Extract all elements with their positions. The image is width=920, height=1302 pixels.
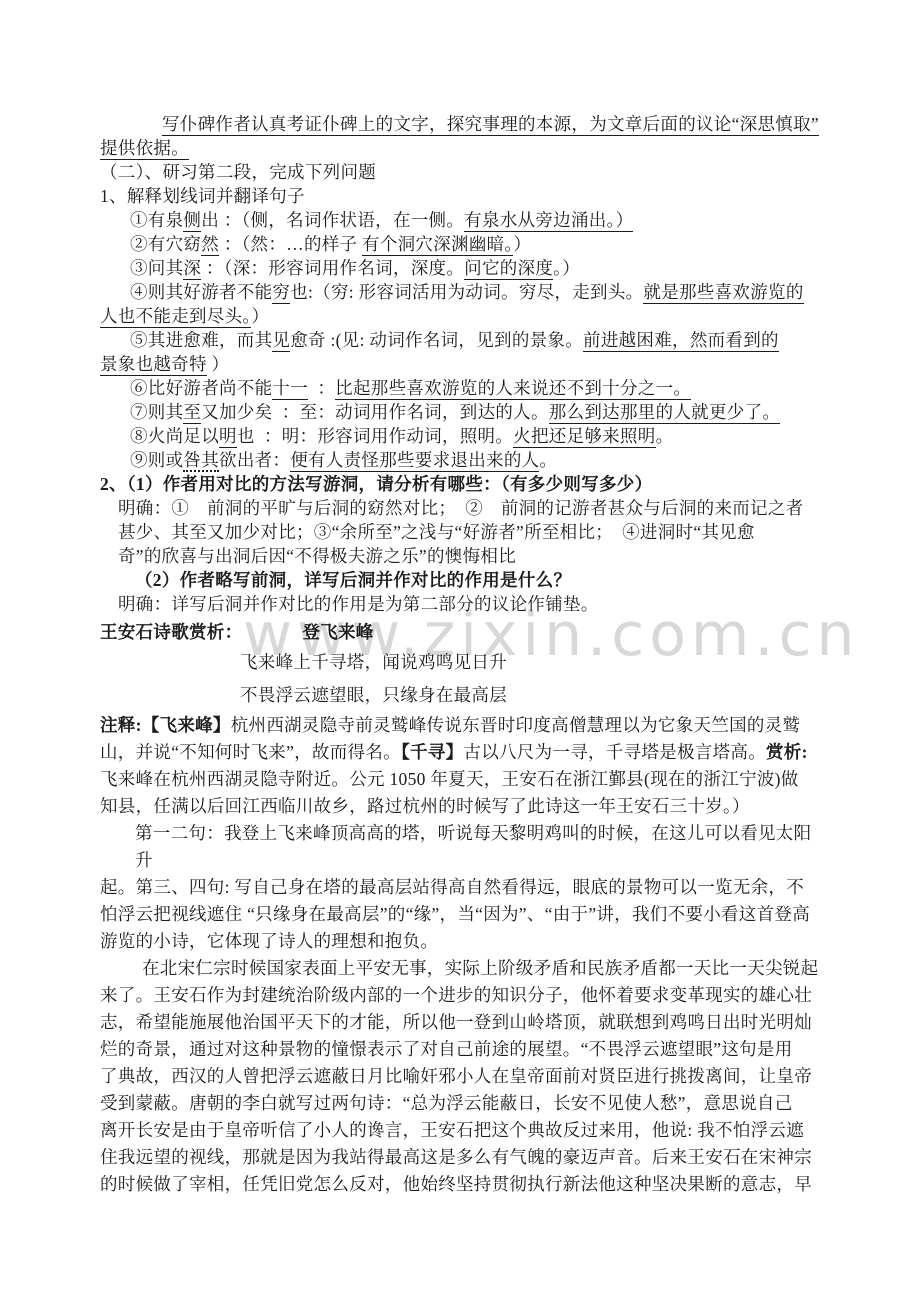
text-line: ⑦则其至又加少矣 ：至：动词用作名词，到达的人。那么到达那里的人就更少了。	[130, 400, 826, 424]
text-segment: 问它的深度	[464, 258, 553, 280]
text-segment: 山，并说“不知何时飞来”，故而得名。	[100, 742, 401, 762]
text-segment: 古以八尺为一寻，千寻塔是极言塔高。	[463, 742, 766, 762]
text-line: ④则其好游者不能穷也:（穷: 形容词活用为动词。穷尽，走到头。就是那些喜欢游览的	[130, 280, 826, 304]
text-line: 第一二句：我登上飞来峰顶高高的塔，听说每天黎明鸡叫的时候，在这儿可以看见太阳升	[135, 820, 826, 874]
text-segment: 2、（1）作者用对比的方法写游洞，请分析有哪些：（有多少则写多少）	[100, 474, 652, 494]
text-line: ⑨则或咎其欲出者：便有人责怪那些要求退出来的人。	[130, 448, 826, 472]
text-segment: 然	[201, 234, 219, 256]
text-line: 奇”的欣喜与出洞后因“不得极夫游之乐”的懊悔相比	[118, 544, 826, 568]
text-line: 飞来峰上千寻塔，闻说鸡鸣见日升	[240, 646, 826, 679]
text-segment: 游览的小诗，它体现了诗人的理想和抱负。	[100, 931, 438, 951]
text-line: ③问其深 ：（深：形容词用作名词，深度。问它的深度。）	[130, 256, 826, 280]
text-segment: ③问其	[130, 258, 183, 278]
text-line: 游览的小诗，它体现了诗人的理想和抱负。	[100, 928, 826, 955]
text-segment: 离开长安是由于皇帝听信了小人的谗言，王安石把这个典故反过来用，他说: 我不怕浮云…	[100, 1120, 804, 1140]
text-line: ①有泉侧出 ：（侧，名词作状语，在一侧。有泉水从旁边涌出。）	[130, 208, 826, 232]
text-line: 来了。王安石作为封建统治阶级内部的一个进步的知识分子，他怀着要求变革现实的雄心壮	[100, 982, 826, 1009]
text-segment: 那么到达那里的人就更少了。	[549, 402, 780, 424]
text-segment: 在北宋仁宗时候国家表面上平安无事，实际上阶级矛盾和民族矛盾都一天比一天尖锐起	[142, 958, 818, 978]
text-segment: 有个洞穴深渊幽暗。	[362, 234, 513, 256]
text-segment: ⑨则或	[130, 450, 183, 470]
text-line: 起。第三、四句: 写自己身在塔的最高层站得高自然看得远，眼底的景物可以一览无余，…	[100, 874, 826, 901]
text-segment: 来了。王安石作为封建统治阶级内部的一个进步的知识分子，他怀着要求变革现实的雄心壮	[100, 985, 812, 1005]
text-segment: 甚少、其至又加少对比；③“余所至”之浅与“好游者”所至相比； ④进洞时“其见愈	[118, 522, 755, 542]
text-line: 甚少、其至又加少对比；③“余所至”之浅与“好游者”所至相比； ④进洞时“其见愈	[118, 520, 826, 544]
text-segment: 受到蒙蔽。唐朝的李白就写过两句诗：“总为浮云能蔽日，长安不见使人愁”，意思说自己	[100, 1093, 793, 1113]
text-segment: ⑤其进愈难，而其	[130, 330, 272, 350]
text-segment: 杭州西湖灵隐寺前灵鹫峰传说东晋时印度高僧慧理以为它象天竺国的灵鹫	[231, 715, 801, 735]
text-segment: 飞来峰上千寻塔，闻说鸡鸣见日升	[240, 652, 507, 672]
text-line: 了典故，西汉的人曾把浮云遮蔽日月比喻奸邪小人在皇帝面前对贤臣进行挑拨离间，让皇帝	[100, 1063, 826, 1090]
text-line: 人也不能走到尽头。）	[100, 304, 826, 328]
text-segment: ：	[308, 378, 335, 398]
text-segment: 起。第三、四句: 写自己身在塔的最高层站得高自然看得远，眼底的景物可以一览无余，…	[100, 877, 804, 897]
text-segment: ）	[207, 354, 229, 374]
text-segment: 烂的奇景，通过对这种景物的憧憬表示了对自己前途的展望。“不畏浮云遮望眼”这句是用	[100, 1039, 793, 1059]
text-segment: 【千寻】	[401, 742, 463, 762]
text-segment: 也:（穷: 形容词活用为动词。穷尽，走到头。	[290, 282, 643, 302]
text-line: ⑥比好游者尚不能十一 ：比起那些喜欢游览的人来说还不到十分之一。	[130, 376, 826, 400]
text-segment: 穷	[272, 282, 290, 304]
text-line: 在北宋仁宗时候国家表面上平安无事，实际上阶级矛盾和民族矛盾都一天比一天尖锐起	[142, 955, 826, 982]
text-segment: 1、解释划线词并翻译句子	[100, 186, 305, 206]
text-segment: 。	[656, 426, 674, 446]
text-segment: 深	[183, 258, 201, 280]
text-line: （2）作者略写前洞，详写后洞并作对比的作用是什么？	[135, 568, 826, 592]
text-line: 烂的奇景，通过对这种景物的憧憬表示了对自己前途的展望。“不畏浮云遮望眼”这句是用	[100, 1036, 826, 1063]
text-segment: 前进越困难，然而看到的	[583, 330, 779, 352]
text-segment: 。	[539, 450, 557, 470]
text-line: 知县，任满以后回江西临川故乡，路过杭州的时候写了此诗这一年王安石三十岁。）	[100, 793, 826, 820]
text-segment: 见	[272, 330, 290, 352]
text-line: 飞来峰在杭州西湖灵隐寺附近。公元 1050 年夏天，王安石在浙江鄞县(现在的浙江…	[100, 766, 826, 793]
text-segment: ）	[513, 234, 531, 254]
text-segment: 比起那些喜欢游览的人来说还不到十分之一。	[335, 378, 691, 400]
text-segment: （二）、研习第二段，完成下列问题	[100, 162, 376, 182]
text-segment: 了典故，西汉的人曾把浮云遮蔽日月比喻奸邪小人在皇帝面前对贤臣进行挑拨离间，让皇帝	[100, 1066, 812, 1086]
text-line: 住我远望的视线，那就是因为我站得最高这是多么有气魄的豪迈声音。后来王安石在宋神宗	[100, 1144, 826, 1171]
text-segment: 出 ：（侧，名词作状语，在一侧。	[201, 210, 464, 230]
text-segment: 知县，任满以后回江西临川故乡，路过杭州的时候写了此诗这一年王安石三十岁。）	[100, 796, 750, 816]
text-segment: 注释:	[100, 715, 142, 735]
text-segment: 第一二句：我登上飞来峰顶高高的塔，听说每天黎明鸡叫的时候，在这儿可以看见太阳升	[135, 823, 811, 870]
text-segment: 明确：详写后洞并作对比的作用是为第二部分的议论作铺垫。	[118, 594, 599, 614]
text-segment: 明	[219, 426, 237, 448]
text-line: 1、解释划线词并翻译句子	[100, 184, 826, 208]
text-segment: 志，希望能施展他治国平天下的才能，所以他一登到山岭塔顶，就联想到鸡鸣日出时光明灿	[100, 1012, 812, 1032]
text-segment: 。）	[553, 258, 580, 278]
text-line: 明确：详写后洞并作对比的作用是为第二部分的议论作铺垫。	[118, 592, 826, 616]
text-segment: 王安石诗歌赏析：	[100, 622, 242, 642]
text-line: 离开长安是由于皇帝听信了小人的谗言，王安石把这个典故反过来用，他说: 我不怕浮云…	[100, 1117, 826, 1144]
text-segment: 的时候做了宰相，任凭旧党怎么反对，他始终坚持贯彻执行新法他这种坚决果断的意志，早	[100, 1174, 812, 1194]
text-line: 王安石诗歌赏析：登飞来峰	[100, 619, 826, 646]
text-segment: 十一	[272, 378, 308, 400]
text-segment: 登飞来峰	[302, 622, 373, 642]
text-segment: ⑥比好游者尚不能	[130, 378, 272, 398]
text-segment: 奇”的欣喜与出洞后因“不得极夫游之乐”的懊悔相比	[118, 546, 516, 566]
text-segment: 怕浮云把视线遮住 “只缘身在最高层”的“缘”，当“因为”、“由于”讲，我们不要小…	[100, 904, 810, 924]
text-segment: 便有人责怪那些要求退出来的人	[290, 450, 539, 472]
text-segment: ①有泉	[130, 210, 183, 230]
text-segment: 咎其	[183, 450, 219, 472]
text-segment: 明确：① 前洞的平旷与后洞的窈然对比； ② 前洞的记游者甚众与后洞的来而记之者	[118, 498, 803, 518]
text-line: （二）、研习第二段，完成下列问题	[100, 160, 826, 184]
text-segment: 赏析:	[766, 742, 808, 762]
text-segment: 火把还足够来照明	[513, 426, 655, 448]
text-line: 志，希望能施展他治国平天下的才能，所以他一登到山岭塔顶，就联想到鸡鸣日出时光明灿	[100, 1009, 826, 1036]
text-segment: ⑦则其	[130, 402, 183, 422]
text-segment: 侧	[183, 210, 201, 232]
text-line: 2、（1）作者用对比的方法写游洞，请分析有哪些：（有多少则写多少）	[100, 472, 826, 496]
text-segment: ⑧火尚足以	[130, 426, 219, 446]
text-line: 山，并说“不知何时飞来”，故而得名。【千寻】古以八尺为一寻，千寻塔是极言塔高。赏…	[100, 739, 826, 766]
text-line: 怕浮云把视线遮住 “只缘身在最高层”的“缘”，当“因为”、“由于”讲，我们不要小…	[100, 901, 826, 928]
text-line: 的时候做了宰相，任凭旧党怎么反对，他始终坚持贯彻执行新法他这种坚决果断的意志，早	[100, 1171, 826, 1198]
text-segment: （2）作者略写前洞，详写后洞并作对比的作用是什么？	[135, 570, 571, 590]
text-line: 注释:【飞来峰】杭州西湖灵隐寺前灵鹫峰传说东晋时印度高僧慧理以为它象天竺国的灵鹫	[100, 712, 826, 739]
document-content: 写仆碑作者认真考证仆碑上的文字，探究事理的本源，为文章后面的议论“深思慎取”提供…	[100, 112, 826, 1198]
text-line: 提供依据。	[100, 136, 826, 160]
text-segment: 住我远望的视线，那就是因为我站得最高这是多么有气魄的豪迈声音。后来王安石在宋神宗	[100, 1147, 812, 1167]
text-segment: 提供依据。	[100, 138, 189, 160]
text-line: 明确：① 前洞的平旷与后洞的窈然对比； ② 前洞的记游者甚众与后洞的来而记之者	[118, 496, 826, 520]
text-segment: ②有穴窈	[130, 234, 201, 254]
text-segment: 有泉水从旁边涌出。）	[464, 210, 633, 232]
text-segment: 欲出者：	[219, 450, 290, 470]
text-segment: 也 ：明：形容词用作动词，照明。	[237, 426, 513, 446]
text-line: ⑧火尚足以明也 ：明：形容词用作动词，照明。火把还足够来照明。	[130, 424, 826, 448]
text-line: 不畏浮云遮望眼，只缘身在最高层	[240, 679, 826, 712]
text-segment: 人也不能走到尽头。	[100, 306, 251, 328]
document-page: www.zixin.com.cn 写仆碑作者认真考证仆碑上的文字，探究事理的本源…	[0, 0, 920, 1302]
text-line: 景象也越奇特 ）	[100, 352, 826, 376]
text-line: ⑤其进愈难，而其见愈奇 :(见: 动词作名词，见到的景象。前进越困难，然而看到的	[130, 328, 826, 352]
text-segment: ④则其好游者不能	[130, 282, 272, 302]
text-segment: 至	[183, 402, 201, 424]
text-line: 受到蒙蔽。唐朝的李白就写过两句诗：“总为浮云能蔽日，长安不见使人愁”，意思说自己	[100, 1090, 826, 1117]
text-segment: 飞来峰在杭州西湖灵隐寺附近。公元 1050 年夏天，王安石在浙江鄞县(现在的浙江…	[100, 769, 799, 789]
text-line: ②有穴窈然 ：（然：…的样子 有个洞穴深渊幽暗。）	[130, 232, 826, 256]
text-segment: 不畏浮云遮望眼，只缘身在最高层	[240, 685, 507, 705]
text-segment: 愈奇 :(见: 动词作名词，见到的景象。	[290, 330, 583, 350]
text-segment: 又加少矣 ：至：动词用作名词，到达的人。	[201, 402, 549, 422]
text-segment: 写仆碑作者认真考证仆碑上的文字，探究事理的本源，为文章后面的议论“深思慎取”	[162, 114, 819, 136]
text-line: 写仆碑作者认真考证仆碑上的文字，探究事理的本源，为文章后面的议论“深思慎取”	[162, 112, 826, 136]
text-segment: ：（深：形容词用作名词，深度。	[201, 258, 464, 278]
text-segment: 【飞来峰】	[142, 715, 231, 735]
text-segment: 景象也越奇特	[100, 354, 207, 376]
text-segment: ：（然：…的样子	[219, 234, 362, 254]
text-segment: 就是那些喜欢游览的	[643, 282, 803, 304]
text-segment: ）	[251, 306, 269, 326]
